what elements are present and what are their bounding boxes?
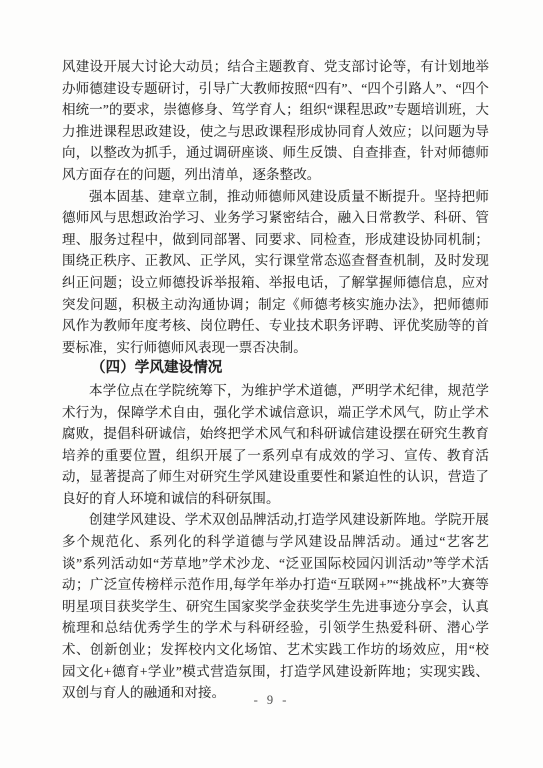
paragraph: 本学位点在学院统筹下，为维护学术道德，严明学术纪律，规范学术行为，保障学术自由，… <box>62 380 489 510</box>
paragraph: 风建设开展大讨论大动员；结合主题教育、党支部讨论等，有计划地举办师德建设专题研讨… <box>62 56 489 186</box>
section-heading: （四）学风建设情况 <box>62 358 489 380</box>
page-number: - 9 - <box>0 693 543 708</box>
document-content: 风建设开展大讨论大动员；结合主题教育、党支部讨论等，有计划地举办师德建设专题研讨… <box>62 56 489 704</box>
paragraph: 创建学风建设、学术双创品牌活动,打造学风建设新阵地。学院开展多个规范化、系列化的… <box>62 509 489 703</box>
document-page: 风建设开展大讨论大动员；结合主题教育、党支部讨论等，有计划地举办师德建设专题研讨… <box>0 0 543 768</box>
paragraph: 强本固基、建章立制，推动师德师风建设质量不断提升。坚持把师德师风与思想政治学习、… <box>62 186 489 359</box>
